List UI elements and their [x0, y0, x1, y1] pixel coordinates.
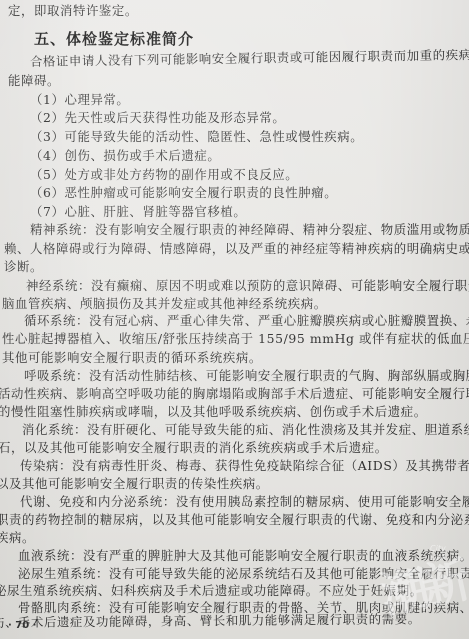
page-number: · 70 ·	[8, 620, 36, 631]
list-item-5: （5）处方或非处方药物的副作用或不良反应。	[30, 167, 298, 183]
urogenital-line-2: 泌尿生殖系统疾病、妇科疾病及手术后遗症或功能障碍。不应处于妊娠期。	[0, 583, 423, 599]
watermark-brand-line-2: Link	[430, 553, 446, 562]
metabolic-line-1: 代谢、免疫和内分泌系统：没有使用胰岛素控制的糖尿病、使用可能影响安全履行	[20, 494, 469, 510]
nervous-system-line-2: 脑血管疾病、颅脑损伤及其并发症或其他神经系统疾病。	[2, 296, 327, 312]
circulatory-system-line-2: 性心脏起搏器植入、收缩压/舒张压持续高于 155/95 mmHg 或伴有症状的低…	[2, 331, 469, 347]
nervous-system-line-1: 神经系统：没有癫痫、原因不明或难以预防的意识障碍、可能影响安全履行职责的	[26, 278, 469, 294]
list-item-1: （1）心理异常。	[30, 92, 129, 108]
digestive-system-line-2: 石，以及其他可能影响安全履行职责的消化系统疾病或手术后遗症。	[0, 440, 388, 456]
list-item-7: （7）心脏、肝脏、肾脏等器官移植。	[30, 204, 246, 220]
section-heading: 五、体检鉴定标准简介	[34, 28, 194, 49]
respiratory-system-line-3: 的慢性阻塞性肺疾病或哮喘，以及其他呼吸系统疾病、创伤或手术后遗症。	[0, 404, 427, 420]
list-item-2: （2）先天性或后天获得性功能及形态异常。	[30, 110, 285, 126]
mental-system-line-3: 诊断。	[4, 259, 43, 275]
list-item-3: （3）可能导致失能的活动性、隐匿性、急性或慢性疾病。	[30, 129, 363, 145]
circulatory-system-line-1: 循环系统：没有冠心病、严重心律失常、严重心脏瓣膜疾病或心脏瓣膜置换、永久	[24, 313, 469, 329]
respiratory-system-line-2: 活动性疾病、影响高空呼吸功能的胸廓塌陷或胸部手术后遗症、可能影响安全履行职责	[0, 386, 469, 402]
metabolic-line-3: 疾病。	[0, 530, 35, 546]
mental-system-line-2: 赖、人格障碍或行为障碍、情感障碍，以及严重的神经症等精神疾病的明确病史或临床	[4, 241, 469, 257]
list-item-6: （6）恶性肿瘤或可能影响安全履行职责的良性肿瘤。	[30, 185, 337, 201]
musculoskeletal-line-2: 伤、手术后遗症及功能障碍，身高、臂长和肌力能够满足履行职责的需要。	[0, 611, 421, 631]
list-item-4: （4）创伤、损伤或手术后遗症。	[30, 148, 220, 164]
intro-line-1: 合格证申请人没有下列可能影响安全履行职责或可能因履行职责而加重的疾病或功	[30, 47, 469, 70]
infectious-disease-line-1: 传染病：没有病毒性肝炎、梅毒、获得性免疫缺陷综合征（AIDS）及其携带者，	[20, 458, 469, 474]
metabolic-line-2: 职责的药物控制的糖尿病，以及其他可能影响安全履行职责的代谢、免疫和内分泌系统	[0, 512, 469, 528]
mental-system-line-1: 精神系统：没有影响安全履行职责的神经障碍、精神分裂症、物质滥用或物质依	[30, 222, 469, 238]
circulatory-system-line-3: 其他可能影响安全履行职责的循环系统疾病。	[2, 350, 262, 366]
watermark: 潮新 City Link	[380, 540, 469, 630]
book-page: 定，即取消特许鉴定。 五、体检鉴定标准简介 合格证申请人没有下列可能影响安全履行…	[0, 0, 469, 639]
digestive-system-line-1: 消化系统：没有肝硬化、可能导致失能的疝、消化性溃疡及其并发症、胆道系统结	[22, 422, 469, 438]
intro-line-2: 能障碍。	[8, 73, 60, 89]
watermark-brand-line-1: City	[430, 544, 446, 553]
respiratory-system-line-1: 呼吸系统：没有活动性肺结核、可能影响安全履行职责的气胸、胸部纵膈或胸膜的	[24, 368, 469, 384]
watermark-logo-icon: 潮新	[374, 542, 469, 627]
carryover-line: 定，即取消特许鉴定。	[8, 3, 138, 19]
infectious-disease-line-2: 以及其他可能影响安全履行职责的传染性疾病。	[0, 476, 269, 492]
